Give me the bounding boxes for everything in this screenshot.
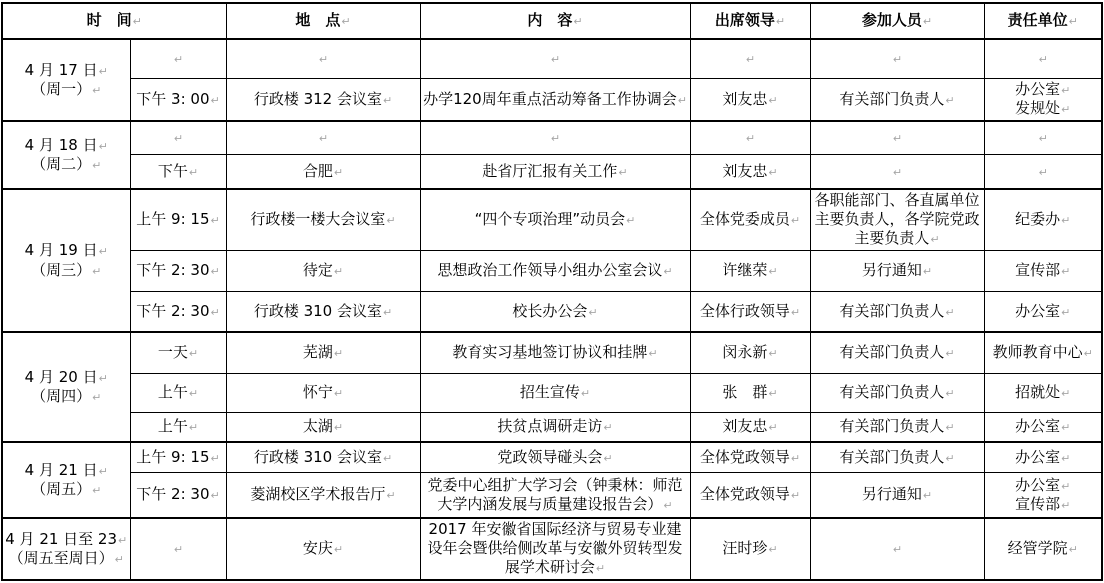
participants-cell: ↵ [810,518,984,580]
table-row: 上午↵太湖↵扶贫点调研走访↵刘友忠↵有关部门负责人↵办公室↵ [2,412,1102,442]
paragraph: ↵ [133,539,224,558]
paragraph-mark-icon: ↵ [945,306,954,319]
table-body: 4 月 17 日↵（周一）↵↵↵↵↵↵↵下午 3: 00↵行政楼 312 会议室… [2,39,1102,580]
table-row: 上午↵怀宁↵招生宣传↵张 群↵有关部门负责人↵招就处↵ [2,373,1102,412]
paragraph-mark-icon: ↵ [1061,421,1070,434]
time-cell: ↵ [130,121,226,154]
cell-text: 参加人员 [862,11,922,29]
unit-cell: ↵ [984,154,1102,189]
paragraph-mark-icon: ↵ [573,15,582,28]
cell-text: 经管学院 [1008,539,1068,557]
content-cell: 党委中心组扩大学习会（钟秉林：师范大学内涵发展与质量建设报告会）↵ [420,472,690,518]
participants-cell: ↵ [810,154,984,189]
table-row: 4 月 17 日↵（周一）↵↵↵↵↵↵↵ [2,39,1102,78]
cell-text: 另行通知 [862,485,922,503]
participants-cell: 有关部门负责人↵ [810,373,984,412]
table-header: 时 间↵地 点↵内 容↵出席领导↵参加人员↵责任单位↵ [2,3,1102,39]
location-cell: 行政楼 310 会议室↵ [226,291,420,332]
time-cell: 上午 9: 15↵ [130,442,226,472]
paragraph: ↵ [987,128,1100,147]
leaders-cell: 闵永新↵ [690,332,810,373]
paragraph-mark-icon: ↵ [791,452,800,465]
cell-text: 思想政治工作领导小组办公室会议 [437,261,662,279]
paragraph: 待定↵ [229,261,418,280]
location-cell: 行政楼 310 会议室↵ [226,442,420,472]
leaders-cell: 许继荣↵ [690,250,810,291]
cell-text: （周五） [31,480,91,498]
unit-cell: ↵ [984,121,1102,154]
paragraph-mark-icon: ↵ [1084,347,1093,360]
unit-cell: 教师教育中心↵ [984,332,1102,373]
paragraph: 一天↵ [133,343,224,362]
unit-cell: 办公室↵发规处↵ [984,78,1102,121]
paragraph-mark-icon: ↵ [945,94,954,107]
paragraph: 下午 2: 30↵ [133,261,224,280]
paragraph: 4 月 21 日↵ [5,461,128,480]
cell-text: 教师教育中心 [993,343,1083,361]
paragraph: 发规处↵ [987,99,1100,118]
paragraph: 有关部门负责人↵ [813,90,982,109]
paragraph: 经管学院↵ [987,539,1100,558]
cell-text: 责任单位 [1008,11,1068,29]
table-row: 4 月 19 日↵（周三）↵上午 9: 15↵行政楼一楼大会议室↵“四个专项治理… [2,189,1102,250]
cell-text: 合肥 [303,162,333,180]
paragraph: 办学120周年重点活动筹备工作协调会↵ [423,90,688,109]
paragraph-mark-icon: ↵ [1061,103,1070,116]
unit-cell: 招就处↵ [984,373,1102,412]
col-header-time-group: 时 间↵ [2,3,226,39]
paragraph-mark-icon: ↵ [1039,132,1048,145]
cell-text: “四个专项治理”动员会 [475,210,626,228]
paragraph: 另行通知↵ [813,485,982,504]
paragraph: ↵ [693,49,808,68]
col-header-unit: 责任单位↵ [984,3,1102,39]
cell-text: 办公室 [1015,417,1060,435]
time-cell: 下午 2: 30↵ [130,250,226,291]
participants-cell: 有关部门负责人↵ [810,442,984,472]
paragraph-mark-icon: ↵ [551,132,560,145]
paragraph: （周三）↵ [5,261,128,280]
cell-text: 纪委办 [1015,210,1060,228]
cell-text: 4 月 20 日 [25,368,98,386]
cell-text: 4 月 21 日至 23 [5,530,117,548]
paragraph-mark-icon: ↵ [334,421,343,434]
header-row: 时 间↵地 点↵内 容↵出席领导↵参加人员↵责任单位↵ [2,3,1102,39]
paragraph: 党政领导碰头会↵ [423,448,688,467]
paragraph-mark-icon: ↵ [189,347,198,360]
paragraph-mark-icon: ↵ [618,166,627,179]
cell-text: 太湖 [303,417,333,435]
paragraph-mark-icon: ↵ [118,534,127,547]
cell-text: 宣传部 [1015,261,1060,279]
leaders-cell: 刘友忠↵ [690,78,810,121]
cell-text: 有关部门负责人 [839,90,944,108]
cell-text: （周一） [31,80,91,98]
paragraph: 上午 9: 15↵ [133,448,224,467]
paragraph: 内 容↵ [423,11,688,30]
paragraph-mark-icon: ↵ [678,94,687,107]
paragraph-mark-icon: ↵ [663,265,672,278]
cell-text: 行政楼 310 会议室 [254,302,382,320]
paragraph: 出席领导↵ [693,11,808,30]
paragraph: 宣传部↵ [987,495,1100,514]
participants-cell: 有关部门负责人↵ [810,78,984,121]
location-cell: 太湖↵ [226,412,420,442]
unit-cell: 宣传部↵ [984,250,1102,291]
paragraph: ↵ [813,128,982,147]
paragraph: 纪委办↵ [987,210,1100,229]
cell-text: 许继荣 [722,261,767,279]
paragraph: 4 月 20 日↵ [5,368,128,387]
cell-text: 赴省厅汇报有关工作 [482,162,617,180]
paragraph-mark-icon: ↵ [99,465,108,478]
location-cell: 待定↵ [226,250,420,291]
time-cell: 下午 3: 00↵ [130,78,226,121]
paragraph: 办公室↵ [987,448,1100,467]
schedule-table: 时 间↵地 点↵内 容↵出席领导↵参加人员↵责任单位↵ 4 月 17 日↵（周一… [1,2,1103,581]
paragraph: 招就处↵ [987,383,1100,402]
location-cell: ↵ [226,39,420,78]
cell-text: 有关部门负责人 [839,302,944,320]
paragraph: 全体党政领导↵ [693,485,808,504]
cell-text: （周三） [31,261,91,279]
leaders-cell: ↵ [690,39,810,78]
paragraph: 上午↵ [133,417,224,436]
paragraph: 党委中心组扩大学习会（钟秉林：师范大学内涵发展与质量建设报告会）↵ [423,476,688,514]
cell-text: 下午 2: 30 [136,485,209,503]
paragraph-mark-icon: ↵ [596,562,605,575]
paragraph: ↵ [423,49,688,68]
cell-text: 4 月 18 日 [25,136,98,154]
paragraph-mark-icon: ↵ [211,265,220,278]
cell-text: 有关部门负责人 [839,448,944,466]
cell-text: 一天 [158,343,188,361]
paragraph: ↵ [813,539,982,558]
paragraph: 校长办公会↵ [423,302,688,321]
cell-text: 招生宣传 [520,383,580,401]
paragraph: 地 点↵ [229,11,418,30]
paragraph: 怀宁↵ [229,383,418,402]
paragraph-mark-icon: ↵ [92,265,101,278]
paragraph: 下午↵ [133,162,224,181]
cell-text: 4 月 17 日 [25,61,98,79]
date-cell: 4 月 21 日↵（周五）↵ [2,442,130,518]
time-cell: 上午↵ [130,412,226,442]
paragraph-mark-icon: ↵ [923,265,932,278]
paragraph-mark-icon: ↵ [211,214,220,227]
location-cell: 合肥↵ [226,154,420,189]
date-cell: 4 月 21 日至 23↵（周五至周日）↵ [2,518,130,580]
paragraph-mark-icon: ↵ [1061,306,1070,319]
col-header-location: 地 点↵ [226,3,420,39]
paragraph: 张 群↵ [693,383,808,402]
unit-cell: ↵ [984,39,1102,78]
content-cell: ↵ [420,121,690,154]
content-cell: 党政领导碰头会↵ [420,442,690,472]
content-cell: ↵ [420,39,690,78]
paragraph-mark-icon: ↵ [930,233,939,246]
paragraph-mark-icon: ↵ [551,53,560,66]
unit-cell: 办公室↵宣传部↵ [984,472,1102,518]
paragraph: 下午 3: 00↵ [133,90,224,109]
cell-text: 有关部门负责人 [839,383,944,401]
paragraph-mark-icon: ↵ [189,166,198,179]
paragraph-mark-icon: ↵ [603,452,612,465]
content-cell: “四个专项治理”动员会↵ [420,189,690,250]
paragraph-mark-icon: ↵ [319,132,328,145]
paragraph: 另行通知↵ [813,261,982,280]
cell-text: 另行通知 [862,261,922,279]
paragraph: 扶贫点调研走访↵ [423,417,688,436]
participants-cell: ↵ [810,39,984,78]
unit-cell: 办公室↵ [984,412,1102,442]
participants-cell: ↵ [810,121,984,154]
content-cell: 扶贫点调研走访↵ [420,412,690,442]
paragraph-mark-icon: ↵ [1069,543,1078,556]
paragraph-mark-icon: ↵ [893,53,902,66]
paragraph-mark-icon: ↵ [768,387,777,400]
paragraph: 刘友忠↵ [693,162,808,181]
paragraph: ↵ [133,49,224,68]
leaders-cell: 全体党政领导↵ [690,442,810,472]
content-cell: 思想政治工作领导小组办公室会议↵ [420,250,690,291]
cell-text: 全体党政领导 [700,485,790,503]
paragraph: 宣传部↵ [987,261,1100,280]
paragraph: ↵ [987,162,1100,181]
cell-text: 下午 2: 30 [136,261,209,279]
content-cell: 2017 年安徽省国际经济与贸易专业建设年会暨供给侧改革与安徽外贸转型发展学术研… [420,518,690,580]
paragraph-mark-icon: ↵ [92,84,101,97]
paragraph-mark-icon: ↵ [746,132,755,145]
paragraph-mark-icon: ↵ [334,166,343,179]
paragraph: 各职能部门、各直属单位主要负责人，各学院党政主要负责人↵ [813,191,982,249]
paragraph: 行政楼 310 会议室↵ [229,302,418,321]
paragraph: 办公室↵ [987,417,1100,436]
paragraph-mark-icon: ↵ [791,214,800,227]
paragraph: 4 月 21 日至 23↵ [5,530,128,549]
participants-cell: 另行通知↵ [810,250,984,291]
paragraph-mark-icon: ↵ [334,265,343,278]
unit-cell: 经管学院↵ [984,518,1102,580]
table-row: 4 月 18 日↵（周二）↵↵↵↵↵↵↵ [2,121,1102,154]
cell-text: 有关部门负责人 [839,417,944,435]
paragraph-mark-icon: ↵ [189,387,198,400]
cell-text: 上午 9: 15 [136,448,209,466]
paragraph-mark-icon: ↵ [791,306,800,319]
cell-text: 各职能部门、各直属单位主要负责人，各学院党政主要负责人 [815,191,980,247]
participants-cell: 各职能部门、各直属单位主要负责人，各学院党政主要负责人↵ [810,189,984,250]
paragraph-mark-icon: ↵ [776,15,785,28]
time-cell: 下午↵ [130,154,226,189]
paragraph: ↵ [813,162,982,181]
table-row: 下午 2: 30↵行政楼 310 会议室↵校长办公会↵全体行政领导↵有关部门负责… [2,291,1102,332]
unit-cell: 纪委办↵ [984,189,1102,250]
paragraph: 有关部门负责人↵ [813,448,982,467]
cell-text: 办公室 [1015,302,1060,320]
time-cell: 上午 9: 15↵ [130,189,226,250]
leaders-cell: 全体党政领导↵ [690,472,810,518]
participants-cell: 有关部门负责人↵ [810,332,984,373]
cell-text: 刘友忠 [722,90,767,108]
cell-text: 汪时珍 [722,539,767,557]
cell-text: 张 群 [722,383,767,401]
paragraph-mark-icon: ↵ [768,265,777,278]
paragraph: 上午↵ [133,383,224,402]
paragraph: 2017 年安徽省国际经济与贸易专业建设年会暨供给侧改革与安徽外贸转型发展学术研… [423,520,688,578]
cell-text: 校长办公会 [512,302,587,320]
paragraph: 4 月 18 日↵ [5,136,128,155]
paragraph-mark-icon: ↵ [1069,15,1078,28]
table-row: 4 月 20 日↵（周四）↵一天↵芜湖↵教育实习基地签订协议和挂牌↵闵永新↵有关… [2,332,1102,373]
paragraph: （周一）↵ [5,80,128,99]
paragraph-mark-icon: ↵ [923,15,932,28]
content-cell: 教育实习基地签订协议和挂牌↵ [420,332,690,373]
paragraph-mark-icon: ↵ [768,347,777,360]
paragraph: ↵ [229,49,418,68]
cell-text: 行政楼一楼大会议室 [250,210,385,228]
participants-cell: 有关部门负责人↵ [810,412,984,442]
paragraph-mark-icon: ↵ [791,489,800,502]
paragraph: ↵ [813,49,982,68]
paragraph: 行政楼 310 会议室↵ [229,448,418,467]
paragraph-mark-icon: ↵ [319,53,328,66]
leaders-cell: ↵ [690,121,810,154]
unit-cell: 办公室↵ [984,442,1102,472]
paragraph: 合肥↵ [229,162,418,181]
leaders-cell: 汪时珍↵ [690,518,810,580]
paragraph-mark-icon: ↵ [383,306,392,319]
paragraph: 有关部门负责人↵ [813,302,982,321]
paragraph-mark-icon: ↵ [174,53,183,66]
paragraph: 太湖↵ [229,417,418,436]
paragraph-mark-icon: ↵ [923,489,932,502]
paragraph-mark-icon: ↵ [893,132,902,145]
paragraph-mark-icon: ↵ [893,166,902,179]
paragraph: 有关部门负责人↵ [813,417,982,436]
paragraph: 4 月 17 日↵ [5,61,128,80]
paragraph: ↵ [693,128,808,147]
paragraph-mark-icon: ↵ [211,452,220,465]
paragraph-mark-icon: ↵ [945,387,954,400]
col-header-participants: 参加人员↵ [810,3,984,39]
paragraph: 全体党委成员↵ [693,210,808,229]
paragraph: 汪时珍↵ [693,539,808,558]
col-header-leaders: 出席领导↵ [690,3,810,39]
cell-text: 办学120周年重点活动筹备工作协调会 [423,90,677,108]
cell-text: 安庆 [303,539,333,557]
cell-text: 下午 2: 30 [136,302,209,320]
paragraph: 有关部门负责人↵ [813,343,982,362]
paragraph: 办公室↵ [987,80,1100,99]
paragraph: 教师教育中心↵ [987,343,1100,362]
paragraph-mark-icon: ↵ [92,484,101,497]
leaders-cell: 全体行政领导↵ [690,291,810,332]
paragraph-mark-icon: ↵ [334,347,343,360]
paragraph: （周二）↵ [5,155,128,174]
paragraph-mark-icon: ↵ [746,53,755,66]
cell-text: 办公室 [1015,448,1060,466]
location-cell: 菱湖校区学术报告厅↵ [226,472,420,518]
paragraph-mark-icon: ↵ [211,306,220,319]
paragraph: （周五）↵ [5,480,128,499]
cell-text: 待定 [303,261,333,279]
content-cell: 招生宣传↵ [420,373,690,412]
paragraph-mark-icon: ↵ [945,421,954,434]
leaders-cell: 全体党委成员↵ [690,189,810,250]
cell-text: 闵永新 [722,343,767,361]
paragraph-mark-icon: ↵ [1061,499,1070,512]
paragraph-mark-icon: ↵ [334,543,343,556]
paragraph-mark-icon: ↵ [1061,265,1070,278]
cell-text: 发规处 [1015,99,1060,117]
paragraph-mark-icon: ↵ [588,306,597,319]
paragraph-mark-icon: ↵ [92,391,101,404]
participants-cell: 另行通知↵ [810,472,984,518]
cell-text: 下午 3: 00 [136,90,209,108]
paragraph: （周四）↵ [5,387,128,406]
table-row: 下午 2: 30↵菱湖校区学术报告厅↵党委中心组扩大学习会（钟秉林：师范大学内涵… [2,472,1102,518]
cell-text: 党委中心组扩大学习会（钟秉林：师范大学内涵发展与质量建设报告会） [428,476,683,513]
unit-cell: 办公室↵ [984,291,1102,332]
cell-text: 下午 [158,162,188,180]
cell-text: 行政楼 312 会议室 [254,90,382,108]
date-cell: 4 月 19 日↵（周三）↵ [2,189,130,332]
paragraph: 全体党政领导↵ [693,448,808,467]
content-cell: 校长办公会↵ [420,291,690,332]
date-cell: 4 月 20 日↵（周四）↵ [2,332,130,442]
paragraph-mark-icon: ↵ [945,452,954,465]
cell-text: 内 容 [527,11,572,29]
paragraph: 教育实习基地签订协议和挂牌↵ [423,343,688,362]
paragraph-mark-icon: ↵ [99,140,108,153]
location-cell: 怀宁↵ [226,373,420,412]
cell-text: 2017 年安徽省国际经济与贸易专业建设年会暨供给侧改革与安徽外贸转型发展学术研… [428,520,683,576]
paragraph-mark-icon: ↵ [1061,452,1070,465]
cell-text: 行政楼 310 会议室 [254,448,382,466]
paragraph-mark-icon: ↵ [99,372,108,385]
paragraph-mark-icon: ↵ [768,94,777,107]
paragraph: 闵永新↵ [693,343,808,362]
cell-text: 4 月 21 日 [25,461,98,479]
cell-text: （周五至周日） [9,549,114,567]
cell-text: 怀宁 [303,383,333,401]
paragraph-mark-icon: ↵ [383,452,392,465]
paragraph: 4 月 19 日↵ [5,241,128,260]
paragraph: 许继荣↵ [693,261,808,280]
table-row: 4 月 21 日至 23↵（周五至周日）↵↵安庆↵2017 年安徽省国际经济与贸… [2,518,1102,580]
paragraph: 招生宣传↵ [423,383,688,402]
paragraph-mark-icon: ↵ [603,421,612,434]
paragraph-mark-icon: ↵ [648,347,657,360]
paragraph: ↵ [987,49,1100,68]
paragraph-mark-icon: ↵ [626,214,635,227]
content-cell: 办学120周年重点活动筹备工作协调会↵ [420,78,690,121]
cell-text: 全体行政领导 [700,302,790,320]
cell-text: 出席领导 [715,11,775,29]
paragraph-mark-icon: ↵ [115,553,124,566]
table-row: 4 月 21 日↵（周五）↵上午 9: 15↵行政楼 310 会议室↵党政领导碰… [2,442,1102,472]
cell-text: 全体党委成员 [700,210,790,228]
location-cell: ↵ [226,121,420,154]
time-cell: ↵ [130,518,226,580]
paragraph-mark-icon: ↵ [1061,387,1070,400]
paragraph: “四个专项治理”动员会↵ [423,210,688,229]
paragraph-mark-icon: ↵ [663,499,672,512]
cell-text: 地 点 [295,11,340,29]
cell-text: （周四） [31,387,91,405]
time-cell: 下午 2: 30↵ [130,291,226,332]
leaders-cell: 刘友忠↵ [690,412,810,442]
